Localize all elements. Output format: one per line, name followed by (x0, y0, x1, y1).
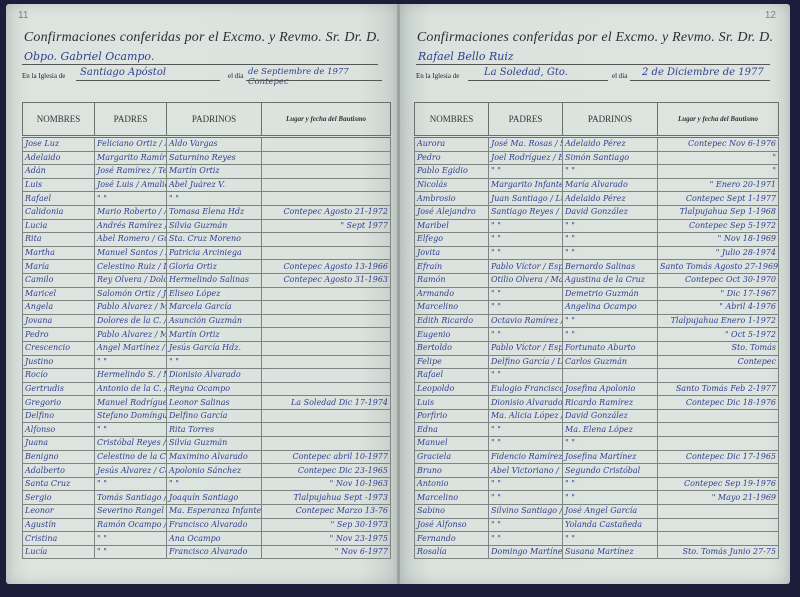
table-row: Justino" "" " (23, 355, 391, 369)
table-row: AdánJosé Ramírez / Teresa CastañedaMartí… (23, 165, 391, 179)
baptism-cell: Contepec Dic 18-1976 (658, 396, 779, 410)
table-row: RocíoHermelindo S. / Marcelina ReyesDion… (23, 369, 391, 383)
table-row: AmbrosioJuan Santiago / Lucrecia Martíne… (415, 192, 779, 206)
godparents-cell: Delfino García (167, 409, 262, 423)
table-row: Pablo Egidio" "" "" (415, 165, 779, 179)
godparents-cell: " " (563, 165, 658, 179)
table-row: Cristina" "Ana Ocampo" Nov 23-1975 (23, 532, 391, 546)
parents-cell: " " (489, 518, 563, 532)
godparents-cell: " " (563, 437, 658, 451)
col-header-nombres: NOMBRES (415, 103, 489, 137)
name-cell: Gregorio (23, 396, 95, 410)
table-row: Maribel" "" "Contepec Sep 5-1972 (415, 219, 779, 233)
parents-cell: Dolores de la C. / Amalia de Jesús (95, 314, 167, 328)
name-cell: Luis (415, 396, 489, 410)
name-cell: Felipe (415, 355, 489, 369)
godparents-cell: Demetrio Guzmán (563, 287, 658, 301)
page-title: Confirmaciones conferidas por el Excmo. … (400, 30, 790, 46)
godparents-cell: " " (563, 314, 658, 328)
right-page: 12 Confirmaciones conferidas por el Excm… (400, 4, 790, 584)
godparents-cell: " " (563, 233, 658, 247)
table-row: AngelaPablo Alvarez / María TorresMarcel… (23, 301, 391, 315)
baptism-cell: " Abril 4-1976 (658, 301, 779, 315)
baptism-cell (262, 409, 391, 423)
parents-cell: " " (95, 545, 167, 559)
table-row: LuciaAndrés Ramírez / Carla OcampoSilvia… (23, 219, 391, 233)
godparents-cell: Josefina Martínez (563, 450, 658, 464)
name-cell: Delfino (23, 409, 95, 423)
name-cell: Maricel (23, 287, 95, 301)
parents-cell: " " (489, 491, 563, 505)
table-row: PedroJoel Rodríguez / Elena VictorianoSi… (415, 151, 779, 165)
name-cell: Pablo Egidio (415, 165, 489, 179)
parents-cell: Cristóbal Reyes / Sofía García (95, 437, 167, 451)
parents-cell: " " (489, 219, 563, 233)
table-row: MarthaManuel Santos / Alvarez Villanueva… (23, 246, 391, 260)
parents-cell: Antonio de la C. / Ma. Hdez (95, 382, 167, 396)
godparents-cell: Marcela García (167, 301, 262, 315)
parents-cell: Feliciano Ortiz / Anastacia Santos (95, 137, 167, 152)
parents-cell: " " (489, 369, 563, 383)
parents-cell: " " (95, 355, 167, 369)
godparents-cell: " " (563, 491, 658, 505)
table-row: BrunoAbel Victoriano / Teresa MartínezSe… (415, 464, 779, 478)
baptism-cell: " Sept 1977 (262, 219, 391, 233)
name-cell: Edna (415, 423, 489, 437)
baptism-cell (658, 464, 779, 478)
godparents-cell: Rita Torres (167, 423, 262, 437)
godparents-cell: " " (563, 246, 658, 260)
parents-cell: Juan Santiago / Lucrecia Martínez (489, 192, 563, 206)
date-underline (246, 80, 382, 81)
parents-cell: " " (489, 437, 563, 451)
table-row: BertoldoPablo Víctor / Esperanza Santiag… (415, 341, 779, 355)
parents-cell: Eulogio Francisco / Dolores Domínguez (489, 382, 563, 396)
parents-cell: " " (489, 477, 563, 491)
date-underline (630, 80, 770, 81)
name-cell: Calidonia (23, 205, 95, 219)
baptism-cell: Contepec Sept 1-1977 (658, 192, 779, 206)
table-row: PedroPablo Alvarez / María TorresMartín … (23, 328, 391, 342)
date-label: el día (228, 72, 243, 80)
name-cell: Camilo (23, 273, 95, 287)
name-cell: Angela (23, 301, 95, 315)
parents-cell: Manuel Santos / Alvarez Villanueva (95, 246, 167, 260)
table-row: LuisJosé Luis / Amalia BritoAbel Juárez … (23, 178, 391, 192)
godparents-cell: Yolanda Castañeda (563, 518, 658, 532)
table-row: Jose LuzFeliciano Ortiz / Anastacia Sant… (23, 137, 391, 152)
table-row: NicolásMargarito Infante / Clementina Ib… (415, 178, 779, 192)
godparents-cell: " " (167, 192, 262, 206)
table-row: Fernando" "" " (415, 532, 779, 546)
page-number: 11 (18, 10, 28, 21)
table-row: CrescencioAngel Martínez / Felícitas Juá… (23, 341, 391, 355)
godparents-cell: Jesús García Hdz. (167, 341, 262, 355)
parents-cell: " " (489, 233, 563, 247)
name-cell: Fernando (415, 532, 489, 546)
baptism-cell: " Dic 17-1967 (658, 287, 779, 301)
baptism-cell (658, 518, 779, 532)
church-underline (76, 80, 220, 81)
name-cell: Leopoldo (415, 382, 489, 396)
parents-cell: " " (489, 165, 563, 179)
name-cell: Adalberto (23, 464, 95, 478)
parents-cell: Celestino Ruiz / Dolores de la C. (95, 260, 167, 274)
name-cell: Benigno (23, 450, 95, 464)
godparents-cell: Asunción Guzmán (167, 314, 262, 328)
baptism-cell: " Mayo 21-1969 (658, 491, 779, 505)
baptism-cell: Contepec Agosto 13-1966 (262, 260, 391, 274)
table-row: Rafael" "" " (23, 192, 391, 206)
godparents-cell: Dionisio Alvarado (167, 369, 262, 383)
parents-cell: Angel Martínez / Felícitas Juárez (95, 341, 167, 355)
church-date-row: En la Iglesia de La Soledad, Gto. el día… (414, 68, 772, 82)
baptism-cell (262, 382, 391, 396)
godparents-cell: Apolonio Sánchez (167, 464, 262, 478)
baptism-cell: La Soledad Dic 17-1974 (262, 396, 391, 410)
table-row: Rafael" " (415, 369, 779, 383)
godparents-cell: Ma. Elena López (563, 423, 658, 437)
baptism-cell: Contepec Sep 19-1976 (658, 477, 779, 491)
parents-cell: Dionisio Alvarado / Margarita Martínez (489, 396, 563, 410)
table-row: Marcelino" "" "" Mayo 21-1969 (415, 491, 779, 505)
baptism-cell: Santo Tomás Agosto 27-1969 (658, 260, 779, 274)
table-row: José AlejandroSantiago Reyes / María Cru… (415, 205, 779, 219)
name-cell: Bruno (415, 464, 489, 478)
godparents-cell: Bernardo Salinas (563, 260, 658, 274)
parents-cell: Ramón Ocampo / Margarita Alvarado (95, 518, 167, 532)
godparents-cell: Josefina Apolonio (563, 382, 658, 396)
bishop-underline (22, 64, 378, 65)
table-row: Eugenio" "" "" Oct 5-1972 (415, 328, 779, 342)
godparents-cell: Saturnino Reyes (167, 151, 262, 165)
baptism-cell (262, 165, 391, 179)
table-row: José Alfonso" "Yolanda Castañeda (415, 518, 779, 532)
name-cell: Edith Ricardo (415, 314, 489, 328)
baptism-cell (658, 437, 779, 451)
col-header-padres: PADRES (95, 103, 167, 137)
name-cell: Martha (23, 246, 95, 260)
baptism-cell: " Nov 6-1977 (262, 545, 391, 559)
table-row: SergioTomás Santiago / Feliciana Martíne… (23, 491, 391, 505)
church-value: Santiago Apóstol (80, 67, 166, 78)
parents-cell: Celestino de la C. / Maximina Santos (95, 450, 167, 464)
baptism-cell (262, 151, 391, 165)
baptism-cell (262, 233, 391, 247)
parents-cell: Rey Olvera / Dolores de la C. (95, 273, 167, 287)
baptism-cell: " Nov 18-1969 (658, 233, 779, 247)
baptism-cell (658, 369, 779, 383)
godparents-cell: María Alvarado (563, 178, 658, 192)
baptism-cell: Contepec Agosto 21-1972 (262, 205, 391, 219)
table-row: Marcelino" "Angelina Ocampo" Abril 4-197… (415, 301, 779, 315)
table-row: EfraínPablo Víctor / Esperanza SantiagoB… (415, 260, 779, 274)
godparents-cell: Fortunato Aburto (563, 341, 658, 355)
name-cell: Gertrudis (23, 382, 95, 396)
baptism-cell: Contepec abril 10-1977 (262, 450, 391, 464)
baptism-cell: Contepec Marzo 13-76 (262, 505, 391, 519)
name-cell: Rosalía (415, 545, 489, 559)
name-cell: Alfonso (23, 423, 95, 437)
baptism-cell: " Nov 10-1963 (262, 477, 391, 491)
parents-cell: Salomón Ortiz / Josefina M. (95, 287, 167, 301)
name-cell: Jose Luz (23, 137, 95, 152)
parents-cell: Pablo Víctor / Esperanza Santiago (489, 341, 563, 355)
name-cell: Adán (23, 165, 95, 179)
parents-cell: José Ma. Rosas / Socorro Martínez (489, 137, 563, 152)
col-header-nombres: NOMBRES (23, 103, 95, 137)
name-cell: Juana (23, 437, 95, 451)
name-cell: Graciela (415, 450, 489, 464)
baptism-cell: Tlalpujahua Sep 1-1968 (658, 205, 779, 219)
bishop-underline (416, 64, 770, 65)
table-row: FelipeDelfino García / Laura de la CruzC… (415, 355, 779, 369)
godparents-cell: Sta. Cruz Moreno (167, 233, 262, 247)
col-header-padrinos: PADRINOS (563, 103, 658, 137)
godparents-cell: Hermelindo Salinas (167, 273, 262, 287)
table-row: RamónOtilio Olvera / Magdalena IbarraAgu… (415, 273, 779, 287)
name-cell: Santa Cruz (23, 477, 95, 491)
name-cell: Leonor (23, 505, 95, 519)
godparents-cell: Aldo Vargas (167, 137, 262, 152)
godparents-cell (563, 369, 658, 383)
date-value: 2 de Diciembre de 1977 (642, 67, 764, 78)
godparents-cell: Carlos Guzmán (563, 355, 658, 369)
baptism-cell (262, 301, 391, 315)
name-cell: Cristina (23, 532, 95, 546)
baptism-cell: " (658, 165, 779, 179)
parents-cell: " " (489, 246, 563, 260)
godparents-cell: José Angel García (563, 505, 658, 519)
parents-cell: " " (489, 301, 563, 315)
parents-cell: Abel Victoriano / Teresa Martínez (489, 464, 563, 478)
name-cell: Luis (23, 178, 95, 192)
table-row: RosalíaDomingo Martínez / Cristina Martí… (415, 545, 779, 559)
name-cell: Justino (23, 355, 95, 369)
parents-cell: Fidencio Ramírez / Celerina Santiago (489, 450, 563, 464)
baptism-cell (262, 314, 391, 328)
baptism-cell: " (658, 151, 779, 165)
godparents-cell: Gloria Ortiz (167, 260, 262, 274)
parents-cell: Octavio Ramírez / Domitila Alvarado (489, 314, 563, 328)
table-row: PorfirioMa. Alicia López / Isabel de Oje… (415, 409, 779, 423)
name-cell: Manuel (415, 437, 489, 451)
baptism-cell: Contepec Nov 6-1976 (658, 137, 779, 152)
baptism-cell (658, 532, 779, 546)
baptism-cell (262, 192, 391, 206)
parents-cell: " " (95, 423, 167, 437)
name-cell: Aurora (415, 137, 489, 152)
baptism-cell: Tlalpujahua Sept -1973 (262, 491, 391, 505)
name-cell: Efraín (415, 260, 489, 274)
table-row: LeonorSeverino Rangel / Guadalupe Infant… (23, 505, 391, 519)
godparents-cell: Agustina de la Cruz (563, 273, 658, 287)
table-row: Jovita" "" "" Julio 28-1974 (415, 246, 779, 260)
godparents-cell: Abel Juárez V. (167, 178, 262, 192)
parents-cell: Manuel Rodríguez / María López (95, 396, 167, 410)
godparents-cell: Silvia Guzmán (167, 219, 262, 233)
name-cell: Sabino (415, 505, 489, 519)
name-cell: Antonio (415, 477, 489, 491)
godparents-cell: Adelaido Pérez (563, 137, 658, 152)
godparents-cell: Maximino Alvarado (167, 450, 262, 464)
parents-cell: Severino Rangel / Guadalupe Infante (95, 505, 167, 519)
godparents-cell: Tomasa Elena Hdz (167, 205, 262, 219)
godparents-cell: Martín Ortiz (167, 328, 262, 342)
name-cell: Rocío (23, 369, 95, 383)
church-value: La Soledad, Gto. (484, 67, 568, 78)
godparents-cell: " " (563, 532, 658, 546)
table-row: GregorioManuel Rodríguez / María LópezLe… (23, 396, 391, 410)
baptism-cell: Contepec Sep 5-1972 (658, 219, 779, 233)
name-cell: José Alejandro (415, 205, 489, 219)
baptism-cell (262, 287, 391, 301)
name-cell: Pedro (415, 151, 489, 165)
parents-cell: Abel Romero / Guillermina R. (95, 233, 167, 247)
bishop-name: Rafael Bello Ruiz (418, 50, 514, 63)
table-row: CalidoniaMario Roberto / Angelina C.Toma… (23, 205, 391, 219)
name-cell: Jovita (415, 246, 489, 260)
table-row: Manuel" "" " (415, 437, 779, 451)
godparents-cell: " " (563, 219, 658, 233)
name-cell: Ambrosio (415, 192, 489, 206)
table-row: MaríaCelestino Ruiz / Dolores de la C.Gl… (23, 260, 391, 274)
baptism-cell (658, 505, 779, 519)
table-row: GracielaFidencio Ramírez / Celerina Sant… (415, 450, 779, 464)
parents-cell: " " (489, 287, 563, 301)
name-cell: Marcelino (415, 301, 489, 315)
church-underline (468, 80, 608, 81)
baptism-cell: Tlalpujahua Enero 1-1972 (658, 314, 779, 328)
name-cell: Pedro (23, 328, 95, 342)
parents-cell: Mario Roberto / Angelina C. (95, 205, 167, 219)
table-row: AdalbertoJesús Alvarez / Carmen TorresAp… (23, 464, 391, 478)
parents-cell: Otilio Olvera / Magdalena Ibarra (489, 273, 563, 287)
register-book: 11 Confirmaciones conferidas por el Excm… (4, 4, 796, 587)
date-value: de Septiembre de 1977 Contepec (248, 67, 380, 87)
table-row: Armando" "Demetrio Guzmán" Dic 17-1967 (415, 287, 779, 301)
baptism-cell (262, 137, 391, 152)
godparents-cell: Ricardo Ramírez (563, 396, 658, 410)
godparents-cell: David González (563, 205, 658, 219)
baptism-cell: Contepec Dic 23-1965 (262, 464, 391, 478)
table-row: LeopoldoEulogio Francisco / Dolores Domí… (415, 382, 779, 396)
table-row: CamiloRey Olvera / Dolores de la C.Herme… (23, 273, 391, 287)
table-row: AuroraJosé Ma. Rosas / Socorro MartínezA… (415, 137, 779, 152)
table-row: AdelaidoMargarito Ramírez / Toribia Reye… (23, 151, 391, 165)
table-row: JovanaDolores de la C. / Amalia de Jesús… (23, 314, 391, 328)
table-row: AgustínRamón Ocampo / Margarita Alvarado… (23, 518, 391, 532)
table-row: DelfinoStefano Domínguez / Guadalupe San… (23, 409, 391, 423)
parents-cell: Jesús Alvarez / Carmen Torres (95, 464, 167, 478)
name-cell: María (23, 260, 95, 274)
name-cell: Rita (23, 233, 95, 247)
confirmations-table: NOMBRES PADRES PADRINOS Lugar y fecha de… (414, 102, 779, 559)
church-label: En la Iglesia de (416, 72, 459, 80)
baptism-cell (262, 178, 391, 192)
baptism-cell: Sto. Tomás Junio 27-75 (658, 545, 779, 559)
baptism-cell (262, 341, 391, 355)
name-cell: Elfego (415, 233, 489, 247)
parents-cell: Hermelindo S. / Marcelina Reyes (95, 369, 167, 383)
godparents-cell: Francisco Alvarado (167, 518, 262, 532)
table-row: SabinoSilvino Santiago / Inocencia Brito… (415, 505, 779, 519)
baptism-cell: Contepec Dic 17-1965 (658, 450, 779, 464)
parents-cell: " " (95, 532, 167, 546)
name-cell: Bertoldo (415, 341, 489, 355)
table-row: GertrudisAntonio de la C. / Ma. HdezReyn… (23, 382, 391, 396)
godparents-cell: Silvia Guzmán (167, 437, 262, 451)
godparents-cell: Martín Ortiz (167, 165, 262, 179)
parents-cell: Domingo Martínez / Cristina Martínez (489, 545, 563, 559)
parents-cell: " " (489, 532, 563, 546)
page-title: Confirmaciones conferidas por el Excmo. … (6, 30, 398, 46)
table-row: Edna" "Ma. Elena López (415, 423, 779, 437)
baptism-cell (262, 423, 391, 437)
baptism-cell: Sto. Tomás (658, 341, 779, 355)
godparents-cell: Eliseo López (167, 287, 262, 301)
godparents-cell: Patricia Arciniega (167, 246, 262, 260)
col-header-bautismo: Lugar y fecha del Bautismo (658, 103, 779, 137)
baptism-cell: Santo Tomás Feb 2-1977 (658, 382, 779, 396)
godparents-cell: " " (563, 328, 658, 342)
table-row: BenignoCelestino de la C. / Maximina San… (23, 450, 391, 464)
godparents-cell: Reyna Ocampo (167, 382, 262, 396)
baptism-cell (262, 328, 391, 342)
church-label: En la Iglesia de (22, 72, 65, 80)
parents-cell: Pablo Víctor / Esperanza Santiago (489, 260, 563, 274)
parents-cell: Ma. Alicia López / Isabel de Ojeda (489, 409, 563, 423)
parents-cell: " " (95, 192, 167, 206)
baptism-cell (262, 355, 391, 369)
table-row: MaricelSalomón Ortiz / Josefina M.Eliseo… (23, 287, 391, 301)
name-cell: Eugenio (415, 328, 489, 342)
parents-cell: " " (489, 423, 563, 437)
godparents-cell: Susana Martínez (563, 545, 658, 559)
parents-cell: Pablo Alvarez / María Torres (95, 328, 167, 342)
baptism-cell: Contepec Agosto 31-1963 (262, 273, 391, 287)
name-cell: Ramón (415, 273, 489, 287)
col-header-bautismo: Lugar y fecha del Bautismo (262, 103, 391, 137)
godparents-cell: Ma. Esperanza Infante (167, 505, 262, 519)
name-cell: Rafael (415, 369, 489, 383)
name-cell: Crescencio (23, 341, 95, 355)
godparents-cell: " " (563, 477, 658, 491)
godparents-cell: Francisco Alvarado (167, 545, 262, 559)
name-cell: Marcelino (415, 491, 489, 505)
page-number: 12 (765, 10, 776, 21)
bishop-name: Obpo. Gabriel Ocampo. (24, 50, 154, 63)
table-row: LuisDionisio Alvarado / Margarita Martín… (415, 396, 779, 410)
godparents-cell: Adelaido Pérez (563, 192, 658, 206)
name-cell: José Alfonso (415, 518, 489, 532)
baptism-cell (658, 423, 779, 437)
parents-cell: Stefano Domínguez / Guadalupe Santiago (95, 409, 167, 423)
confirmations-table: NOMBRES PADRES PADRINOS Lugar y fecha de… (22, 102, 391, 559)
godparents-cell: David González (563, 409, 658, 423)
baptism-cell: Contepec (658, 355, 779, 369)
table-row: Antonio" "" "Contepec Sep 19-1976 (415, 477, 779, 491)
baptism-cell: " Julio 28-1974 (658, 246, 779, 260)
name-cell: Agustín (23, 518, 95, 532)
godparents-cell: Simón Santiago (563, 151, 658, 165)
baptism-cell: " Nov 23-1975 (262, 532, 391, 546)
parents-cell: Margarito Ramírez / Toribia Reyes (95, 151, 167, 165)
church-date-row: En la Iglesia de Santiago Apóstol el día… (20, 68, 380, 82)
parents-cell: José Ramírez / Teresa Castañeda (95, 165, 167, 179)
table-row: Edith RicardoOctavio Ramírez / Domitila … (415, 314, 779, 328)
parents-cell: Pablo Alvarez / María Torres (95, 301, 167, 315)
